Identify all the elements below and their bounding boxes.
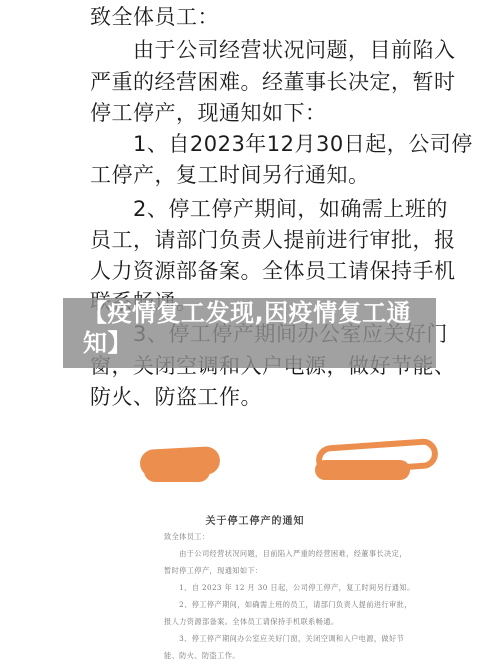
letter-line: 员工，请部门负责人提前进行审批，报 [90,225,456,255]
title-banner: 【疫情复工发现,因疫情复工通知】 [63,298,436,368]
letter-line: 防火、防盗工作。 [90,382,262,412]
scan-line: 能、防火、防盗工作。 [164,651,240,661]
redaction-scribble-left [144,460,210,482]
scan-line: 报人力资源部备案。全体员工请保持手机联系畅通。 [164,617,339,627]
scan-notice-title: 关于停工停产的通知 [100,512,410,527]
letter-item-1: 1、自2023年12月30日起，公司停 [90,129,473,159]
banner-title: 【疫情复工发现,因疫情复工通知】 [83,298,443,358]
scan-line: 暂时停工停产，现通知如下： [164,566,263,576]
letter-line: 严重的经营困难。经董事长决定，暂时 [90,67,456,97]
redaction-scribble-right [315,460,410,480]
scan-line: 由于公司经营状况问题，目前陷入严重的经营困难，经董事长决定， [164,549,407,559]
scanned-notice-image: 关于停工停产的通知 致全体员工： 由于公司经营状况问题，目前陷入严重的经营困难，… [100,430,410,666]
scan-line: 致全体员工： [164,532,210,542]
letter-line: 由于公司经营状况问题，目前陷入 [90,35,456,65]
scan-line: 3、停工停产期间办公室应关好门窗，关闭空调和入户电源，做好节 [164,634,404,644]
letter-line: 停工停产，现通知如下： [90,98,327,128]
letter-item-2: 2、停工停产期间，如确需上班的 [90,194,448,224]
letter-line: 人力资源部备案。全体员工请保持手机 [90,256,456,286]
scan-line: 2、停工停产期间，如确需上班的员工，请部门负责人提前进行审批， [164,600,412,610]
letter-line: 工停产，复工时间另行通知。 [90,160,370,190]
letter-greeting: 致全体员工： [90,2,219,32]
scan-line: 1、自 2023 年 12 月 30 日起，公司停工停产，复工时间另行通知。 [164,583,415,593]
